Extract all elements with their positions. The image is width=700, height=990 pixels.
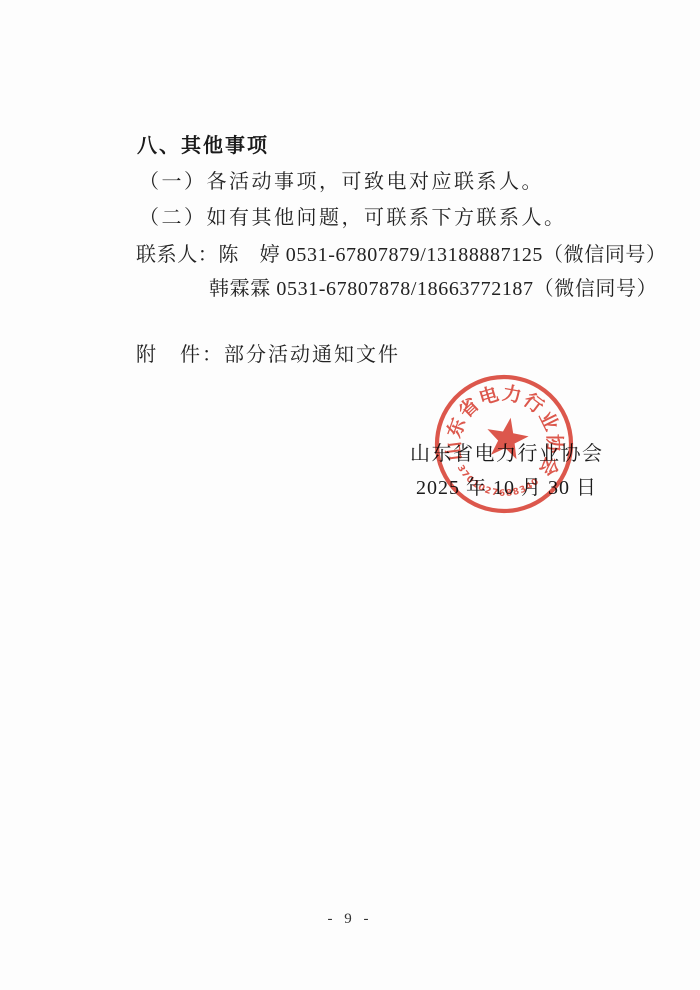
- paragraph-item-2: （二）如有其他问题，可联系下方联系人。: [139, 201, 567, 230]
- section-heading: 八、其他事项: [137, 129, 269, 158]
- paragraph-item-1: （一）各活动事项，可致电对应联系人。: [139, 165, 544, 194]
- star-icon: [483, 414, 531, 460]
- seal-graphic: 山东省电力行业协会 3701027688340: [404, 344, 604, 544]
- document-page: 八、其他事项 （一）各活动事项，可致电对应联系人。 （二）如有其他问题，可联系下…: [0, 0, 700, 990]
- contact-line-1: 联系人：陈 婷 0531-67807879/13188887125（微信同号）: [136, 238, 667, 267]
- official-seal-stamp: 山东省电力行业协会 3701027688340: [404, 344, 604, 544]
- attachment-line: 附 件：部分活动通知文件: [136, 338, 400, 367]
- contact-line-2: 韩霖霖 0531-67807878/18663772187（微信同号）: [209, 272, 657, 301]
- page-number: - 9 -: [0, 911, 700, 928]
